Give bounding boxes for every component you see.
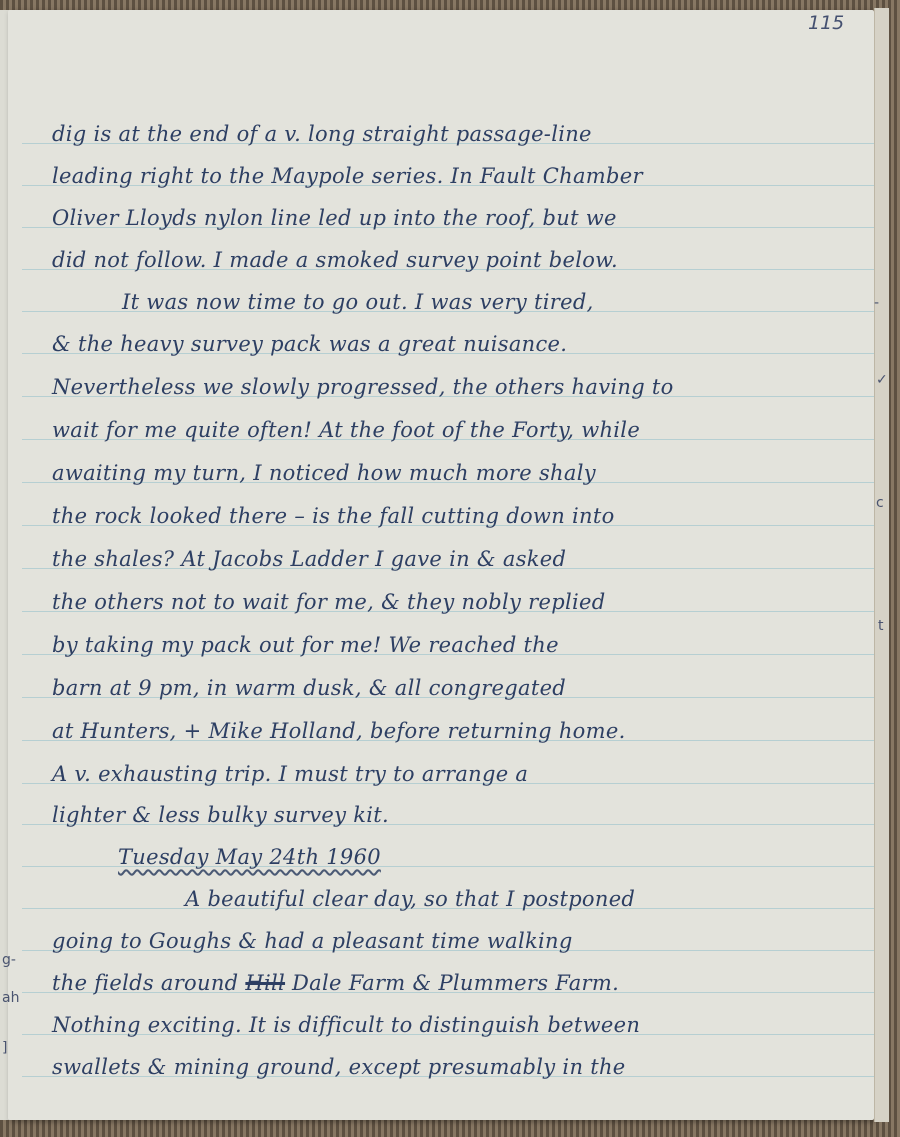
text-line: Oliver Lloyds nylon line led up into the… xyxy=(52,206,872,230)
text-line: A v. exhausting trip. I must try to arra… xyxy=(52,762,872,786)
text-fragment: Dale Farm & Plummers Farm. xyxy=(285,971,619,995)
text-line: awaiting my turn, I noticed how much mor… xyxy=(52,461,872,485)
text-line: leading right to the Maypole series. In … xyxy=(52,164,872,188)
right-margin-mark: ✓ xyxy=(876,372,888,388)
page-stack-edge xyxy=(874,8,889,1122)
text-line: wait for me quite often! At the foot of … xyxy=(52,418,872,442)
text-line: by taking my pack out for me! We reached… xyxy=(52,633,872,657)
text-line: going to Goughs & had a pleasant time wa… xyxy=(52,929,872,953)
text-line: the fields around Hill Dale Farm & Plumm… xyxy=(52,971,872,995)
text-line: & the heavy survey pack was a great nuis… xyxy=(52,332,872,356)
text-line: dig is at the end of a v. long straight … xyxy=(52,122,872,146)
text-line: the shales? At Jacobs Ladder I gave in &… xyxy=(52,547,872,571)
entry-date-heading: Tuesday May 24th 1960 xyxy=(118,845,900,869)
page-number: 115 xyxy=(808,12,844,34)
right-margin-mark: t xyxy=(878,618,884,634)
text-line: lighter & less bulky survey kit. xyxy=(52,803,872,827)
right-margin-mark: - xyxy=(874,295,879,311)
text-line: barn at 9 pm, in warm dusk, & all congre… xyxy=(52,676,872,700)
text-line: the others not to wait for me, & they no… xyxy=(52,590,872,614)
struck-word: Hill xyxy=(245,971,285,995)
text-fragment: the fields around xyxy=(52,971,245,995)
left-margin-mark: ] xyxy=(2,1040,7,1056)
left-margin-mark: ah xyxy=(2,990,19,1006)
text-line: A beautiful clear day, so that I postpon… xyxy=(185,887,900,911)
text-line: at Hunters, + Mike Holland, before retur… xyxy=(52,719,872,743)
text-line: Nevertheless we slowly progressed, the o… xyxy=(52,375,872,399)
text-line: swallets & mining ground, except presuma… xyxy=(52,1055,872,1079)
text-line: did not follow. I made a smoked survey p… xyxy=(52,248,872,272)
text-line: the rock looked there – is the fall cutt… xyxy=(52,504,872,528)
text-line: Nothing exciting. It is difficult to dis… xyxy=(52,1013,872,1037)
right-margin-mark: c xyxy=(876,495,884,511)
text-line: It was now time to go out. I was very ti… xyxy=(122,290,900,314)
left-margin-mark: g- xyxy=(2,952,16,968)
